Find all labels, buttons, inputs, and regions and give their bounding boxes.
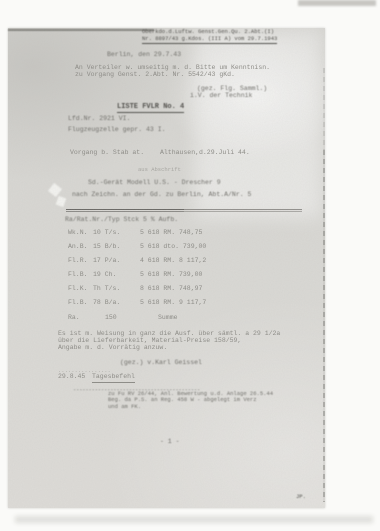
page-right-edge-line [323,68,325,150]
table-cell: 10 T/s. [93,230,120,237]
page-top-edge-shadow [8,29,154,31]
right-block-line-2: i.V. der Technik [190,93,252,100]
page-right-edge-line [323,150,325,502]
signed-line-left: Vorgang b. Stab at. [70,150,144,157]
table-cell: 78 B/a. [93,300,120,307]
header-stamp-line-1: Oberkdo.d.Luftw. Genst.Gen.Qu. 2.Abt.(I) [142,29,274,35]
scanned-document: Oberkdo.d.Luftw. Genst.Gen.Qu. 2.Abt.(I)… [0,0,380,531]
table-cell: Fl.B. [68,272,88,279]
scan-artifact-top-strip [298,0,376,6]
table-cell: 5 618 dto. 739,00 [140,244,206,251]
scan-artifact-bottom-band [15,516,373,523]
subject-line-1: Sd.-Gerät Modell U.S. - Drescher 9 [88,180,221,187]
table-cell: Wk.N. [68,230,88,237]
table-cell: Fl.K. [68,286,88,293]
signed-line-right: Althausen,d.29.Juli 44. [160,150,250,157]
reference-line-1: Lfd.Nr. 2921 VI. [68,116,130,123]
paragraph-line-3: Angabe m. d. Vorrätig anzuw. [58,345,167,352]
divider-text: aus Abschrift [138,167,181,173]
table-footer-cell: Ra. [68,315,80,322]
reference-line-2: Flugzeugzelle gepr. 43 I. [68,127,166,134]
subject-line-2: nach Zeichn. an der Gd. zu Berlin, Abt.A… [72,192,251,199]
table-rule-fade [184,209,302,212]
table-cell: An.B. [68,244,88,251]
table-cell: Fl.B. [68,300,88,307]
header-stamp-line-2: Nr. 8897/43 g.Kdos. (III A) vom 29.7.194… [142,36,277,44]
footnote-line-2: Beg. da P.S. an Reg. 458 W - abgelegt im… [108,397,257,403]
document-heading: LISTE FVLR No. 4 [117,104,184,113]
table-cell: 5 618 RM. 748,75 [140,230,202,237]
table-top-rule [66,209,302,212]
table-footer-cell: Summe [158,315,178,322]
table-cell: 5 618 RM. 9 117,7 [140,300,206,307]
document-page: Oberkdo.d.Luftw. Genst.Gen.Qu. 2.Abt.(I)… [8,28,325,508]
scan-exposure-band [194,30,322,218]
table-cell: 19 Ch. [93,272,116,279]
table-cell: 15 B/b. [93,244,120,251]
table-cell: 4 618 RM. 8 117,2 [140,258,206,265]
table-footer-cell: 150 [105,315,117,322]
date-ref-date: 29.8.45 [58,374,85,381]
table-cell: 17 P/a. [93,258,120,265]
table-cell: Th T/s. [93,286,120,293]
date-ref-label: Tagesbefehl [92,374,135,383]
corner-mark: JP. [296,494,306,500]
footnote-line-3: und am FK. [108,404,141,410]
signature-line: (gez.) v.Karl Geissel [120,360,202,367]
date-line: Berlin, den 29.7.43 [107,52,181,59]
scan-scratch-mark [48,183,62,197]
table-cell: 5 618 RM. 739,00 [140,272,202,279]
table-cell: Fl.R. [68,258,88,265]
page-number: - 1 - [160,439,180,446]
table-cell: 8 618 RM. 748,97 [140,286,202,293]
table-header: Ra/Rat.Nr./Typ Stck 5 % Aufb. [65,217,178,224]
address-line-2: zu Vorgang Genst. 2.Abt. Nr. 5542/43 gKd… [75,72,235,79]
scan-scratch-mark [56,196,67,207]
